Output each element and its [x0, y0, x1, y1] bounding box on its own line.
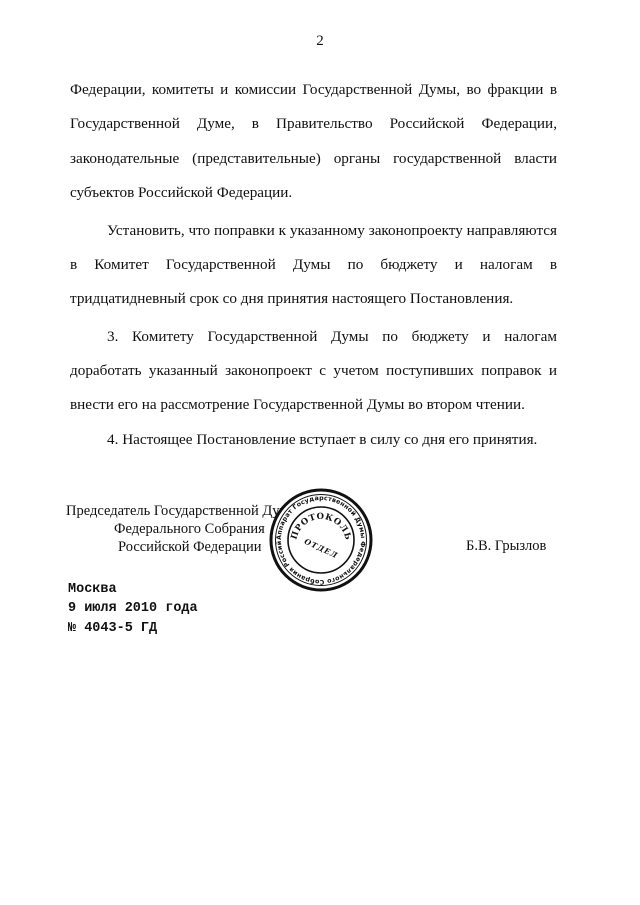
signature-title-line-1: Председатель Государственной Думы: [66, 502, 298, 520]
document-date: 9 июля 2010 года: [68, 601, 198, 616]
paragraph-1-line-1: Федерации, комитеты и комиссии Государст…: [70, 80, 557, 100]
paragraph-3-line-1: 3. Комитету Государственной Думы по бюдж…: [107, 327, 557, 347]
paragraph-4-line-1: 4. Настоящее Постановление вступает в си…: [107, 430, 557, 450]
paragraph-3-line-3: внести его на рассмотрение Государственн…: [70, 395, 557, 415]
paragraph-1-line-2: Государственной Думе, в Правительство Ро…: [70, 114, 557, 134]
paragraph-3-line-2: доработать указанный законопроект с учет…: [70, 361, 557, 381]
document-city: Москва: [68, 582, 117, 597]
stamp-seal-icon: Аппарат Государственной Думы Федеральног…: [268, 487, 374, 593]
page-number: 2: [0, 33, 640, 50]
signer-name: Б.В. Грызлов: [466, 538, 546, 555]
paragraph-2-line-1: Установить, что поправки к указанному за…: [107, 221, 557, 241]
document-number: № 4043-5 ГД: [68, 621, 157, 636]
paragraph-1-line-3: законодательные (представительные) орган…: [70, 149, 557, 169]
signature-title-line-2: Федерального Собрания: [114, 520, 265, 538]
paragraph-1-line-4: субъектов Российской Федерации.: [70, 183, 557, 203]
paragraph-2-line-3: тридцатидневный срок со дня принятия нас…: [70, 289, 557, 309]
signature-title-line-3: Российской Федерации: [118, 538, 262, 556]
official-stamp: Аппарат Государственной Думы Федеральног…: [268, 487, 374, 593]
paragraph-2-line-2: в Комитет Государственной Думы по бюджет…: [70, 255, 557, 275]
